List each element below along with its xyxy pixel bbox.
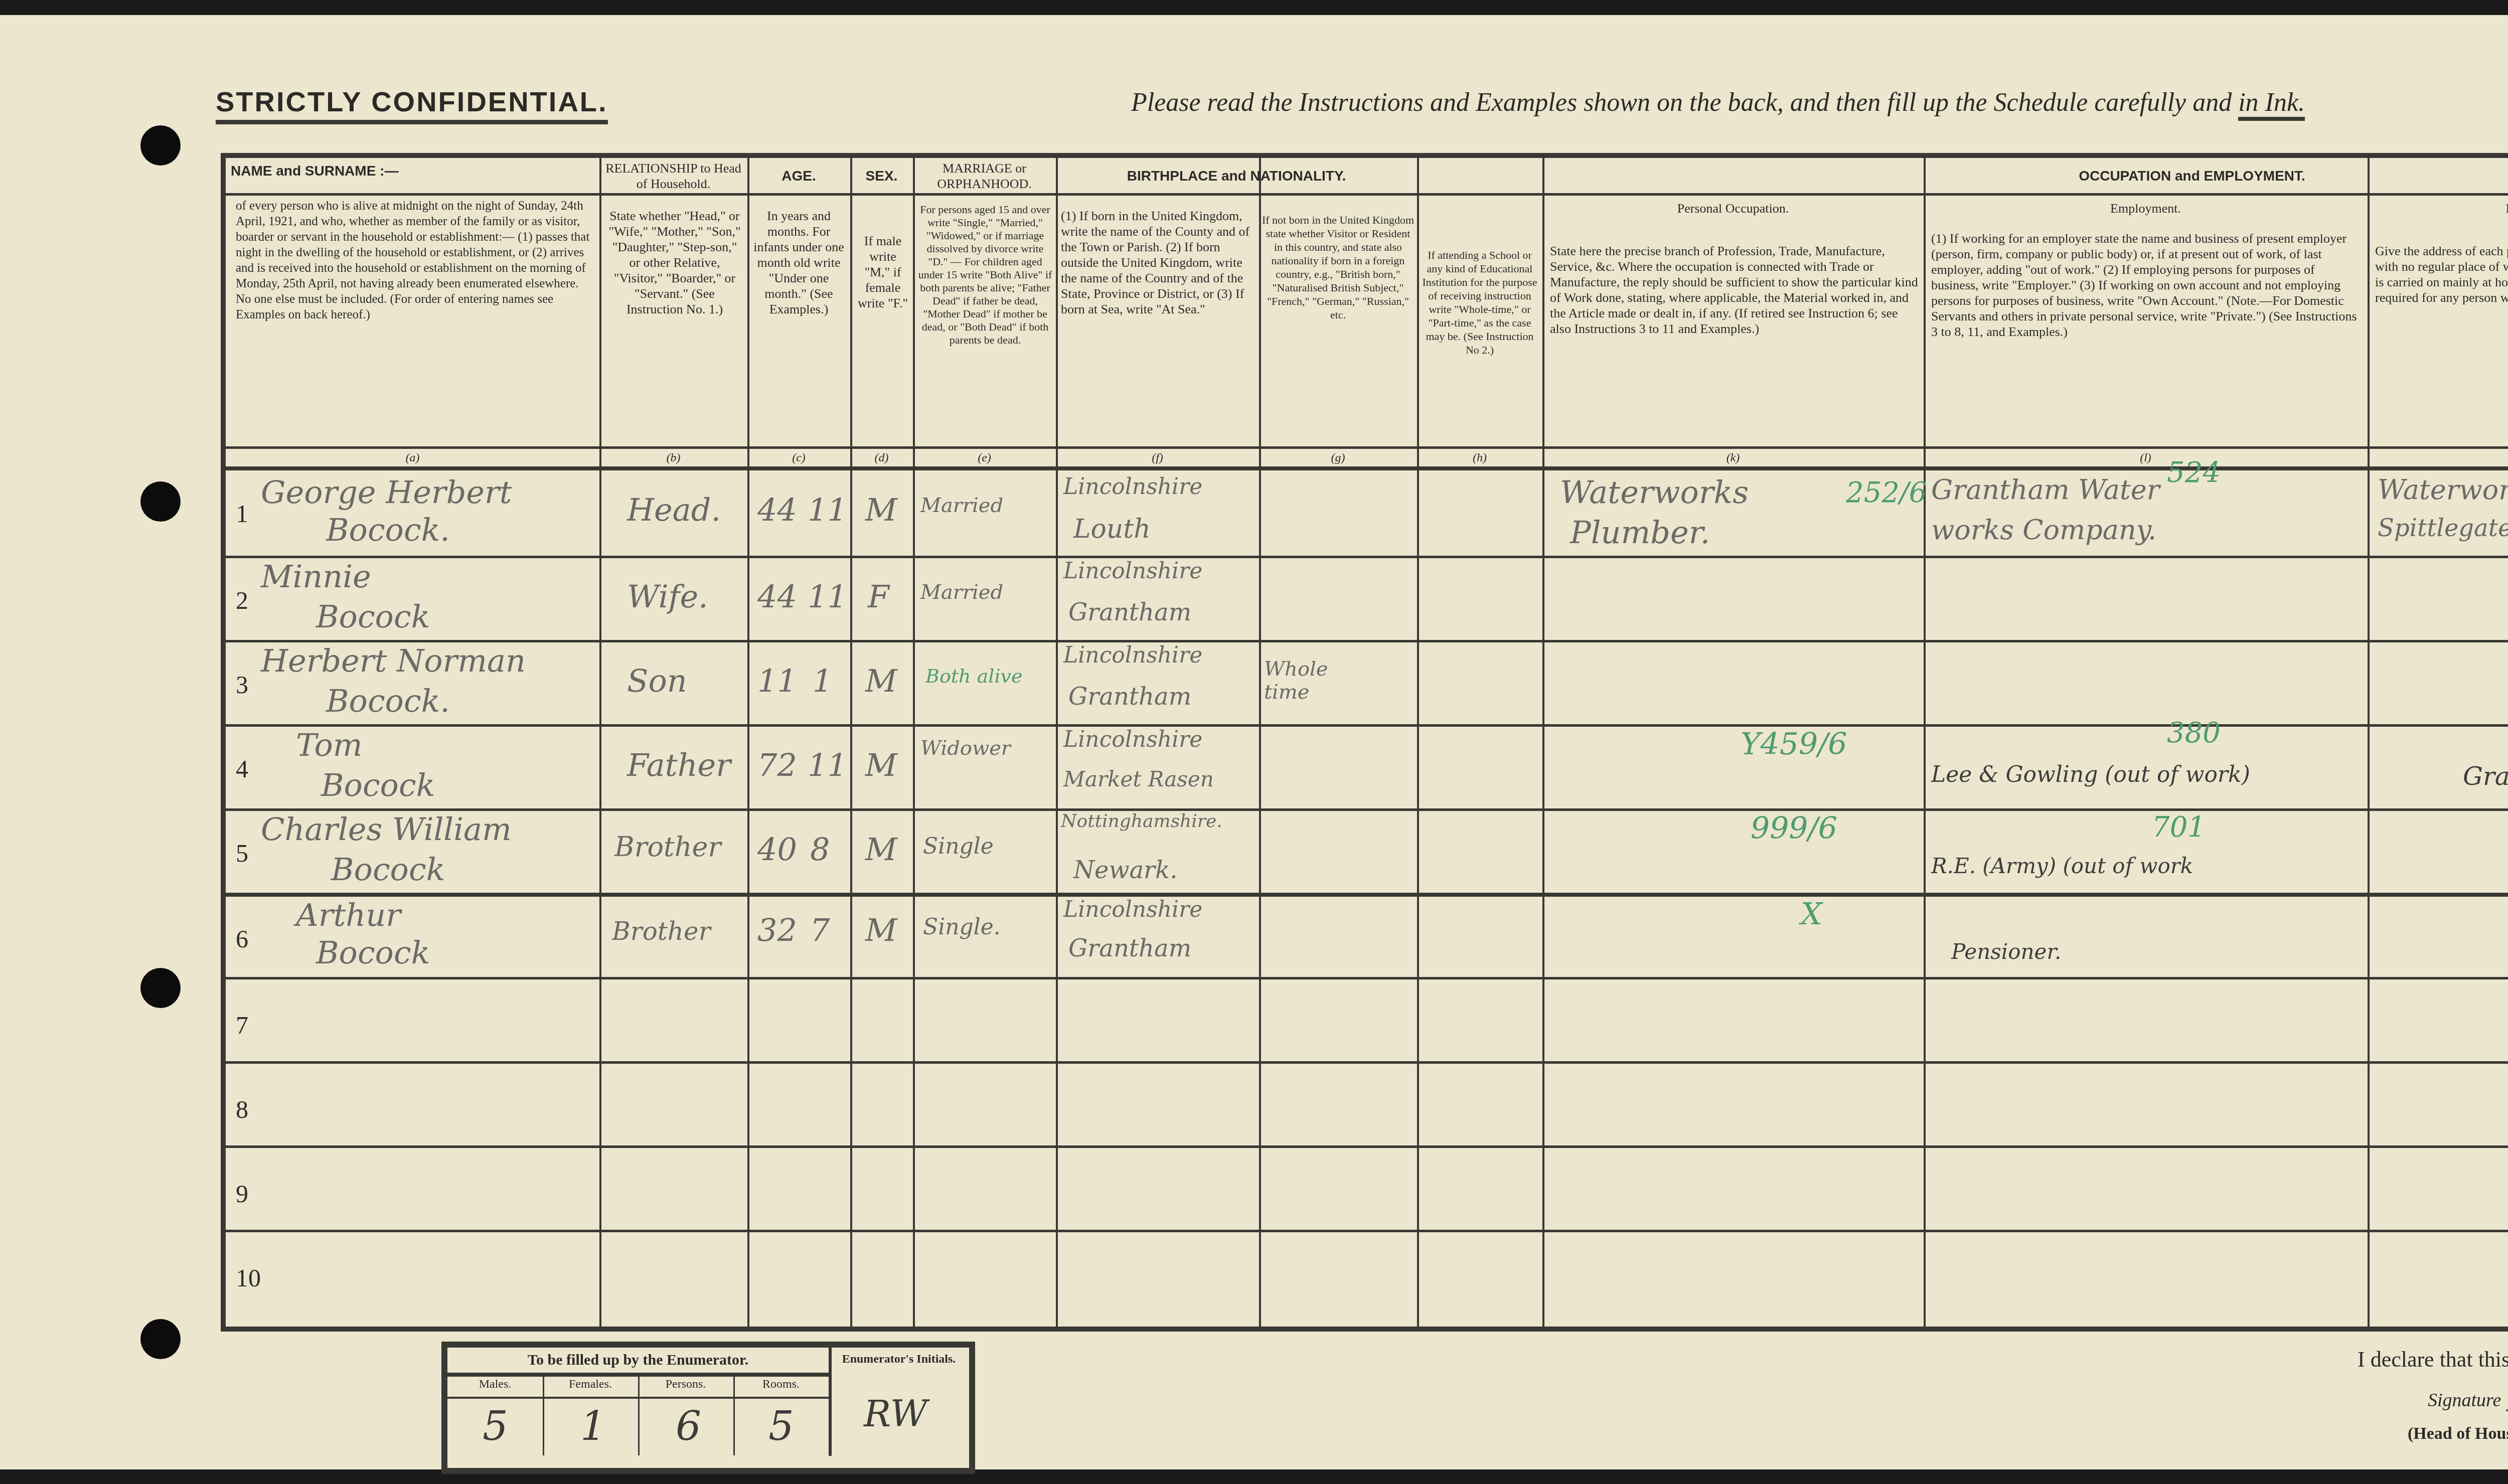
age-months: 1 xyxy=(813,663,832,699)
occupation-code: Y459/6 xyxy=(1741,727,1847,762)
sex: F xyxy=(868,578,889,615)
birth-town: Newark. xyxy=(1073,856,1177,884)
occupation-code: X xyxy=(1801,897,1822,932)
table-row: 3 Herbert Norman Bocock. Son 11 1 M Both… xyxy=(226,642,2508,724)
persons-count: 6 xyxy=(676,1403,701,1449)
table-row: 6 Arthur Bocock Brother 32 7 M Single. L… xyxy=(226,897,2508,977)
place-of-work: Grantham. xyxy=(2463,762,2508,791)
header-relationship: RELATIONSHIP to Head of Household. xyxy=(602,160,745,192)
table-row: 5 Charles William Bocock Brother 40 8 M … xyxy=(226,811,2508,893)
person-surname: Bocock xyxy=(316,598,430,635)
sex: M xyxy=(865,663,897,699)
age-months: 11 xyxy=(808,747,847,783)
person-first-names: Herbert Norman xyxy=(261,642,526,679)
header-occupation: OCCUPATION and EMPLOYMENT. xyxy=(1545,168,2508,184)
marital-status: Married xyxy=(920,494,1003,517)
header-place-of-work: Place of Work. xyxy=(2370,201,2508,216)
marital-status: Single xyxy=(923,834,994,859)
marital-status: Single. xyxy=(923,914,1001,940)
relationship: Brother xyxy=(614,831,721,863)
relationship: Son xyxy=(627,663,687,699)
occupation-code: 252/6 xyxy=(1846,476,1927,509)
person-first-names: George Herbert xyxy=(261,474,512,511)
marital-status: Widower xyxy=(920,737,1011,760)
sex: M xyxy=(865,491,897,528)
birth-county: Lincolnshire xyxy=(1063,474,1202,500)
person-first-names: Minnie xyxy=(261,558,371,595)
row-number: 7 xyxy=(236,1011,248,1040)
relationship: Wife. xyxy=(627,578,708,615)
age-years: 40 xyxy=(757,831,797,868)
males-count: 5 xyxy=(483,1403,508,1449)
binder-hole xyxy=(140,481,181,522)
person-first-names: Arthur xyxy=(296,897,401,933)
binder-hole xyxy=(140,125,181,166)
row-number: 9 xyxy=(236,1179,248,1208)
person-first-names: Tom xyxy=(296,727,363,763)
age-months: 11 xyxy=(808,491,847,528)
marital-status: Both alive xyxy=(925,665,1023,687)
sex: M xyxy=(865,912,897,948)
relationship: Brother xyxy=(612,917,711,946)
age-years: 44 xyxy=(757,578,797,615)
place-of-work: Waterworks Co xyxy=(2378,474,2508,506)
header-personal-occupation: Personal Occupation. xyxy=(1545,201,1921,216)
census-schedule-page: STRICTLY CONFIDENTIAL. Please read the I… xyxy=(0,15,2508,1469)
employer: Pensioner. xyxy=(1951,939,2061,964)
declaration-text: I declare that this Schedule is correctl… xyxy=(2358,1347,2508,1372)
birth-county: Lincolnshire xyxy=(1063,727,1202,752)
header-birthplace: BIRTHPLACE and NATIONALITY. xyxy=(1058,168,1415,184)
person-first-names: Charles William xyxy=(261,811,512,848)
binder-hole xyxy=(140,1319,181,1359)
signature-line: Signature George Herbert Bocock xyxy=(2428,1389,2508,1411)
signature-note: (Head of Household, Manager of Establish… xyxy=(2408,1424,2508,1443)
row-number: 8 xyxy=(236,1095,248,1124)
table-row: 4 Tom Bocock Father 72 11 M Widower Linc… xyxy=(226,727,2508,808)
header-name: NAME and SURNAME :— xyxy=(231,163,597,179)
table-row: 2 Minnie Bocock Wife. 44 11 F Married Li… xyxy=(226,558,2508,640)
birth-county: Lincolnshire xyxy=(1063,897,1202,922)
enumerator-summary-box: To be filled up by the Enumerator. Enume… xyxy=(441,1342,975,1474)
birth-town: Grantham xyxy=(1068,683,1191,711)
relationship: Head. xyxy=(627,491,721,528)
birth-town: Grantham xyxy=(1068,598,1191,626)
age-months: 11 xyxy=(808,578,847,615)
occupation-code: 999/6 xyxy=(1751,811,1837,846)
page-title: STRICTLY CONFIDENTIAL. xyxy=(216,85,608,124)
header-sex: SEX. xyxy=(853,168,910,184)
birth-county: Lincolnshire xyxy=(1063,558,1202,584)
person-surname: Bocock. xyxy=(326,512,450,548)
rooms-count: 5 xyxy=(768,1403,794,1449)
fill-instruction: Please read the Instructions and Example… xyxy=(1131,88,2305,117)
person-surname: Bocock xyxy=(321,767,435,803)
binder-hole xyxy=(140,968,181,1008)
marital-status: Married xyxy=(920,581,1003,604)
enumerator-initials: RW xyxy=(864,1393,927,1435)
employer: Lee & Gowling (out of work) xyxy=(1931,762,2250,787)
employer-code: 524 xyxy=(2167,456,2221,489)
age-years: 44 xyxy=(757,491,797,528)
employer-code: 380 xyxy=(2167,717,2221,749)
females-count: 1 xyxy=(580,1403,606,1449)
person-surname: Bocock xyxy=(316,934,430,971)
birth-town: Grantham xyxy=(1068,934,1191,962)
age-years: 72 xyxy=(757,747,797,783)
age-years: 11 xyxy=(757,663,797,699)
employer-code: 701 xyxy=(2152,811,2206,844)
sex: M xyxy=(865,831,897,868)
employer: Grantham Water xyxy=(1931,474,2159,506)
header-marriage: MARRIAGE or ORPHANHOOD. xyxy=(915,160,1053,192)
person-surname: Bocock. xyxy=(326,683,450,719)
header-employment: Employment. xyxy=(1926,201,2365,216)
birth-county: Nottinghamshire. xyxy=(1061,811,1222,832)
nationality-or-school: Whole time xyxy=(1264,657,1354,704)
birth-town: Market Rasen xyxy=(1063,767,1214,791)
occupation: Waterworks xyxy=(1560,474,1749,511)
header-name-instructions: of every person who is alive at midnight… xyxy=(236,198,594,322)
header-age: AGE. xyxy=(750,168,848,184)
age-months: 8 xyxy=(810,831,830,868)
table-row: 1 George Herbert Bocock. Head. 44 11 M M… xyxy=(226,471,2508,556)
age-months: 7 xyxy=(810,912,830,948)
relationship: Father xyxy=(627,747,731,783)
birth-town: Louth xyxy=(1073,514,1151,544)
employer: R.E. (Army) (out of work xyxy=(1931,854,2193,878)
age-years: 32 xyxy=(757,912,797,948)
census-table: NAME and SURNAME :— of every person who … xyxy=(221,153,2508,1332)
sex: M xyxy=(865,747,897,783)
birth-county: Lincolnshire xyxy=(1063,642,1202,668)
person-surname: Bocock xyxy=(331,851,445,888)
row-number: 10 xyxy=(236,1263,261,1292)
